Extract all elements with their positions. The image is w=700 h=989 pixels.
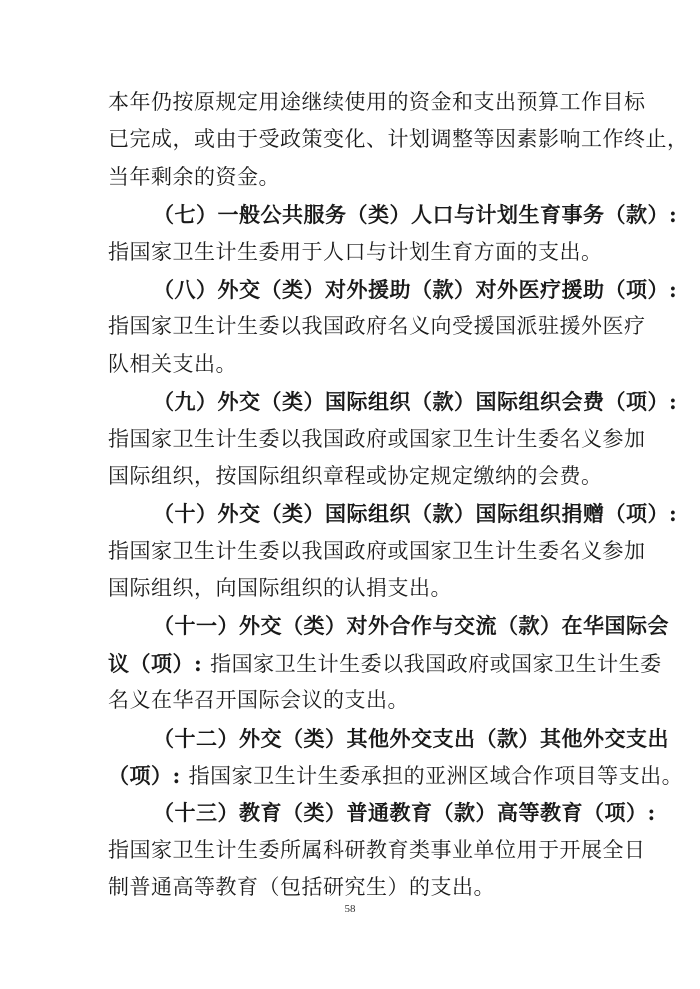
text-line: 国际组织，按国际组织章程或协定规定缴纳的会费。 <box>108 458 595 495</box>
heading-tail: 议（项）: <box>108 651 210 676</box>
text-line: 指国家卫生计生委以我国政府或国家卫生计生委名义参加 <box>108 533 595 570</box>
text-line: 本年仍按原规定用途继续使用的资金和支出预算工作目标 <box>108 84 595 121</box>
text-line: 队相关支出。 <box>108 346 595 383</box>
text-line: 名义在华召开国际会议的支出。 <box>108 682 595 719</box>
text-line: 指国家卫生计生委所属科研教育类事业单位用于开展全日 <box>108 832 595 869</box>
heading-tail: （项）: <box>108 763 189 788</box>
section-heading-13: （十三）教育（类）普通教育（款）高等教育（项）: <box>108 794 595 831</box>
page-number: 58 <box>0 903 700 915</box>
text-segment: 指国家卫生计生委以我国政府或国家卫生计生委 <box>210 652 662 676</box>
document-body: 本年仍按原规定用途继续使用的资金和支出预算工作目标 已完成，或由于受政策变化、计… <box>108 84 595 907</box>
text-line: 指国家卫生计生委以我国政府名义向受援国派驻援外医疗 <box>108 308 595 345</box>
text-line: 当年剩余的资金。 <box>108 159 595 196</box>
text-line: 指国家卫生计生委用于人口与计划生育方面的支出。 <box>108 234 595 271</box>
text-segment: 指国家卫生计生委承担的亚洲区域合作项目等支出。 <box>189 764 684 788</box>
section-heading-8: （八）外交（类）对外援助（款）对外医疗援助（项）: <box>108 271 595 308</box>
section-heading-9: （九）外交（类）国际组织（款）国际组织会费（项）: <box>108 383 595 420</box>
section-heading-10: （十）外交（类）国际组织（款）国际组织捐赠（项）: <box>108 495 595 532</box>
text-line-mixed: （项）: 指国家卫生计生委承担的亚洲区域合作项目等支出。 <box>108 757 595 794</box>
text-line-mixed: 议（项）: 指国家卫生计生委以我国政府或国家卫生计生委 <box>108 645 595 682</box>
text-line: 已完成，或由于受政策变化、计划调整等因素影响工作终止， <box>108 121 595 158</box>
text-line: 国际组织，向国际组织的认捐支出。 <box>108 570 595 607</box>
text-line: 指国家卫生计生委以我国政府或国家卫生计生委名义参加 <box>108 421 595 458</box>
section-heading-11: （十一）外交（类）对外合作与交流（款）在华国际会 <box>108 607 595 644</box>
section-heading-7: （七）一般公共服务（类）人口与计划生育事务（款）: <box>108 196 595 233</box>
section-heading-12: （十二）外交（类）其他外交支出（款）其他外交支出 <box>108 720 595 757</box>
text-line: 制普通高等教育（包括研究生）的支出。 <box>108 869 595 906</box>
